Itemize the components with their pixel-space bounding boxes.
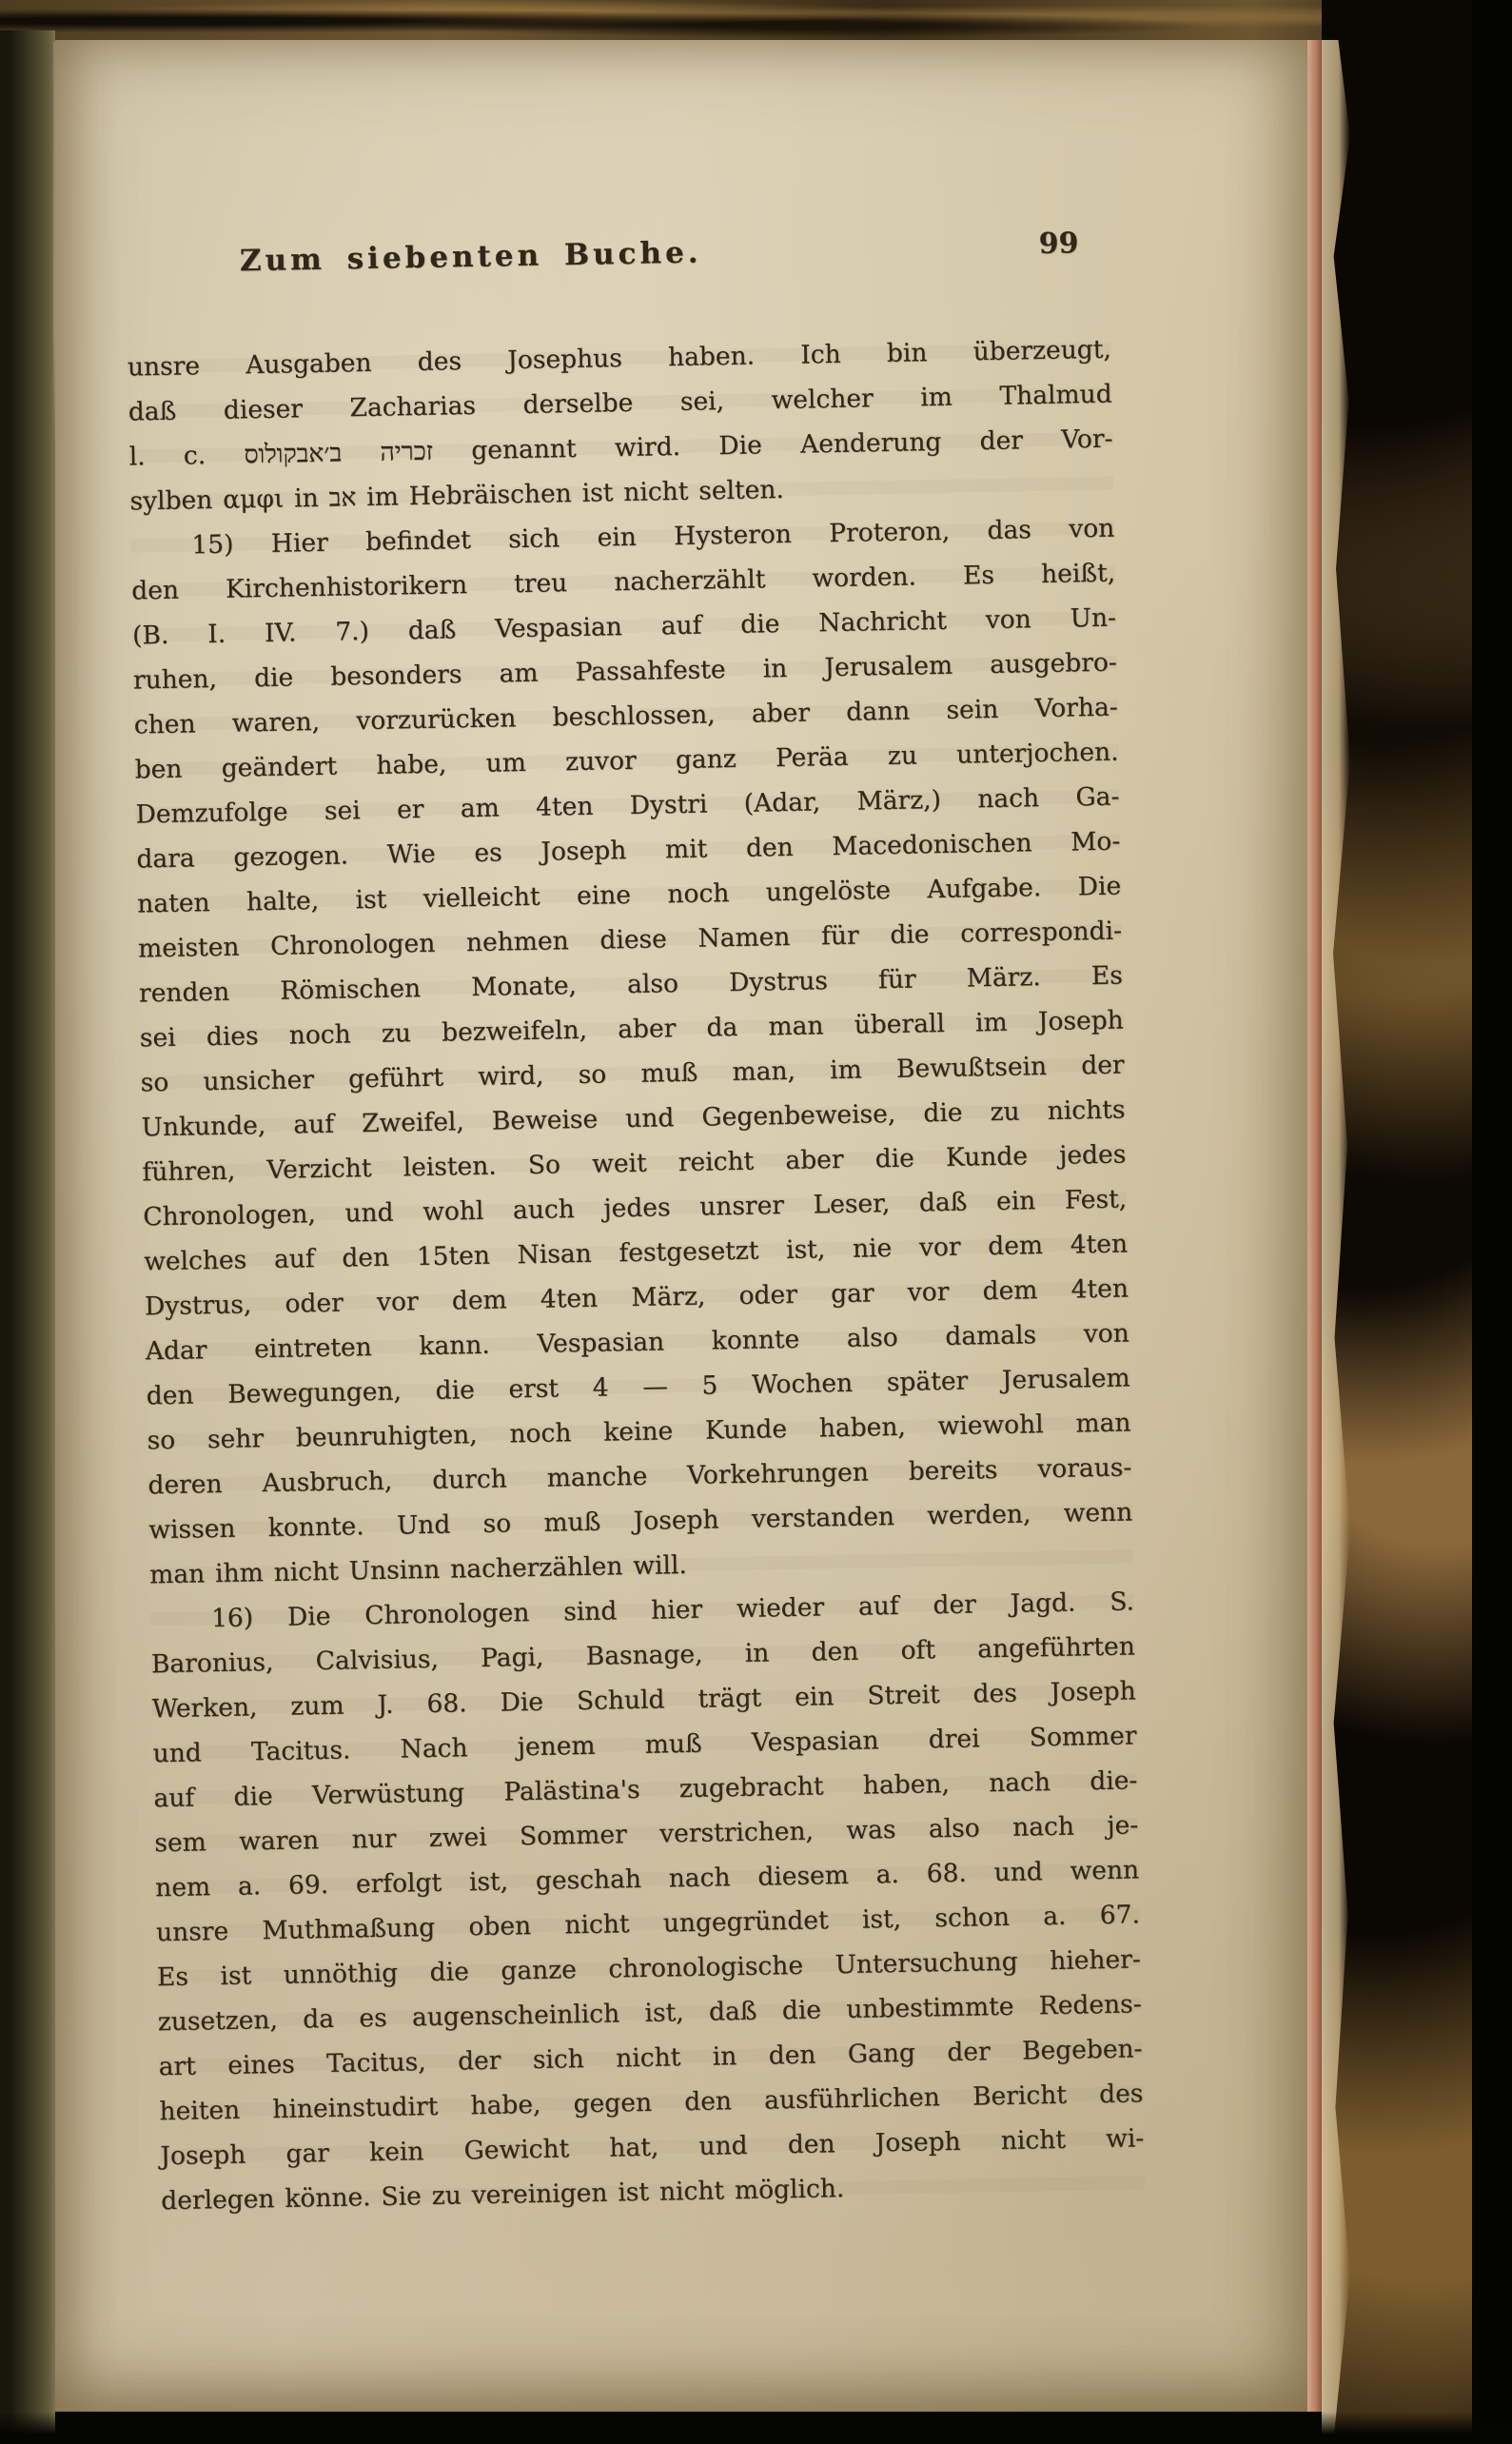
- text-lines: unsre Ausgaben des Josephus haben. Ich b…: [128, 327, 1146, 2224]
- page-number: 99: [1038, 227, 1078, 261]
- running-header-title: Zum siebenten Buche.: [240, 235, 702, 278]
- scan-background: [1472, 0, 1512, 2444]
- printed-page-content: Zum siebenten Buche. 99 unsre Ausgaben d…: [38, 29, 1333, 2423]
- book-scan-page: { "page": { "header": { "title": "Zum si…: [0, 0, 1512, 2444]
